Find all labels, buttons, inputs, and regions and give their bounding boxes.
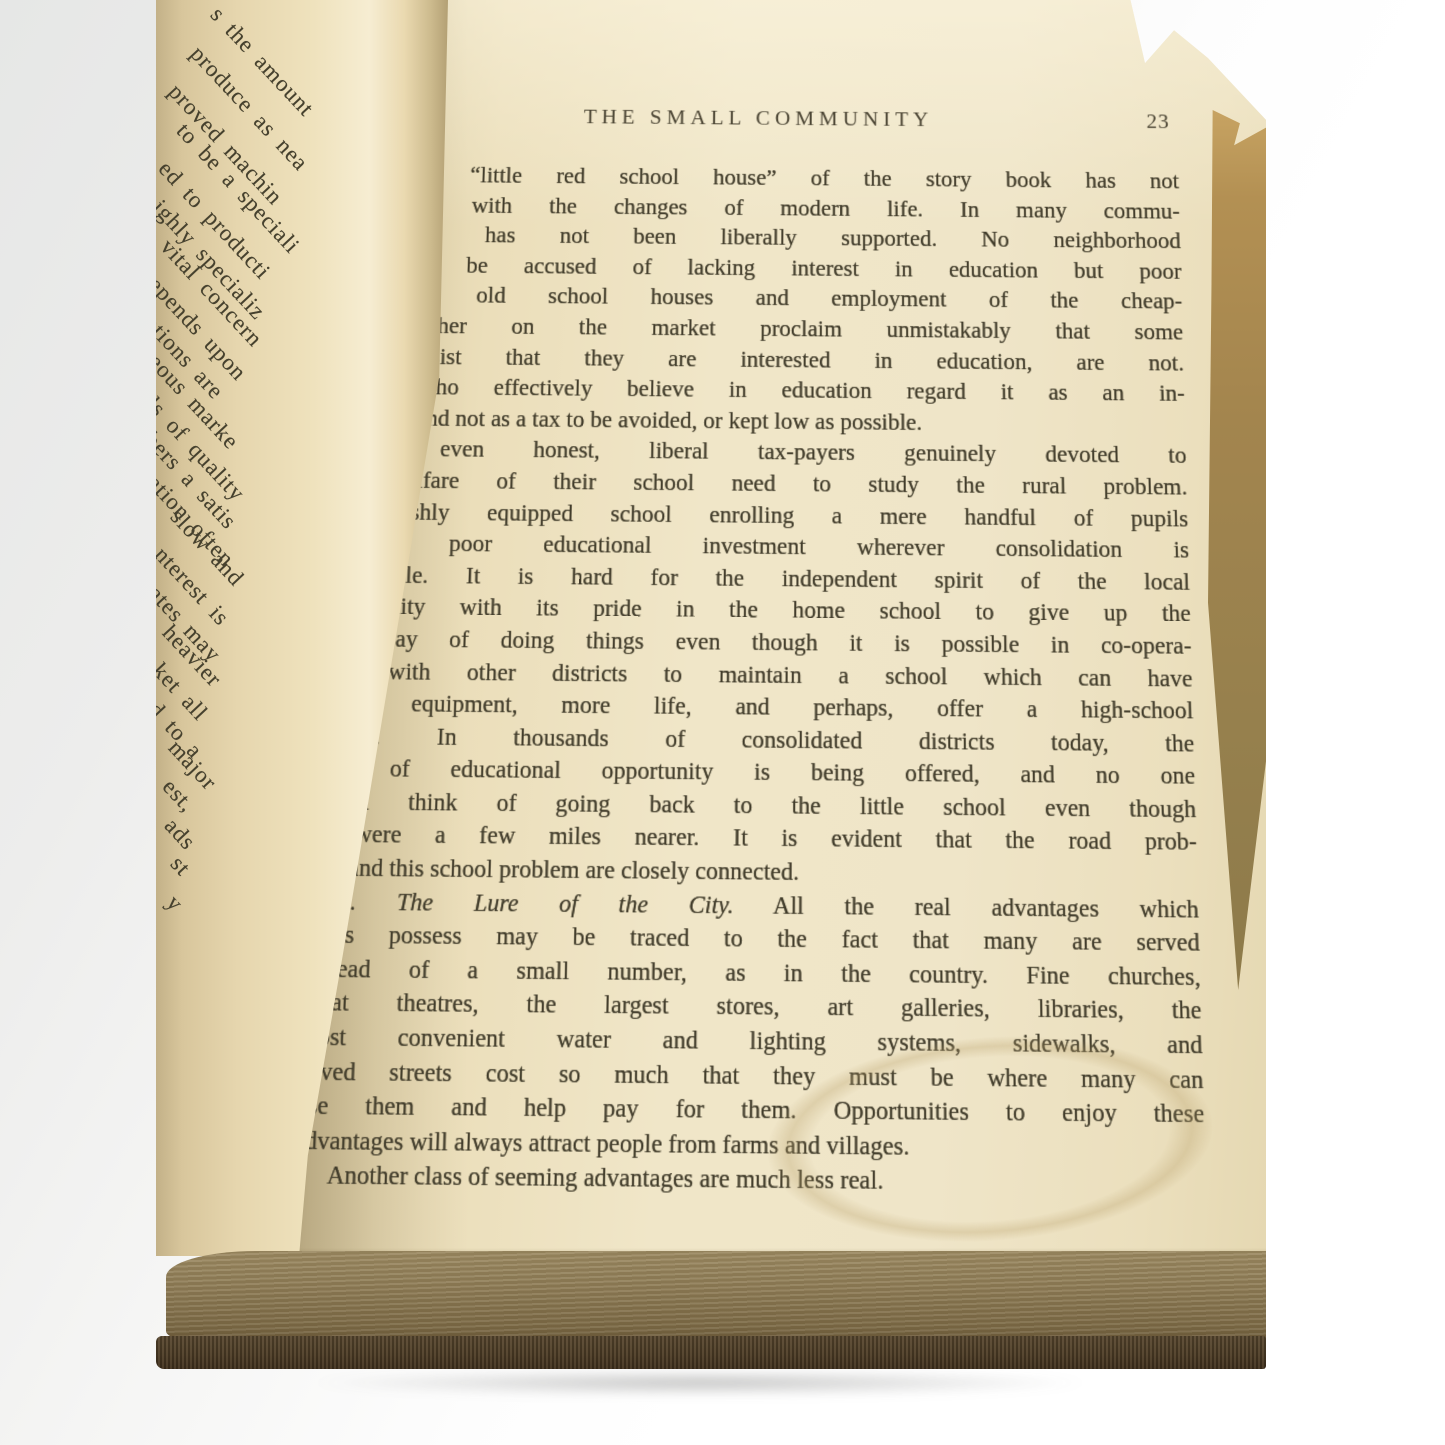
left-page-fragment: ads [159,813,201,855]
book-cover-edge [156,1336,1266,1369]
running-head: THE SMALL COMMUNITY 23 [339,103,1178,134]
page-header-title: THE SMALL COMMUNITY [584,105,934,131]
section-title-italic: 6. The Lure of the City. [338,887,734,918]
photo-scene: THE SMALL COMMUNITY 23 day, the “little … [0,0,1445,1445]
page-block-edge [166,1251,1266,1341]
left-page-fragment: st [165,851,196,881]
left-page-fragment: y [161,890,189,917]
text-segment: All the real advantages which [734,891,1200,923]
book-shadow [180,1372,1220,1408]
book: THE SMALL COMMUNITY 23 day, the “little … [156,0,1266,1372]
page-number: 23 [1146,110,1170,134]
page-stain [753,1018,1227,1260]
